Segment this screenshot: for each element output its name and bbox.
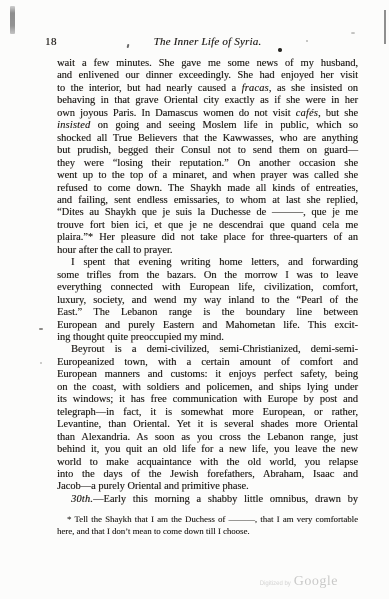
text-line: Jacob—a purely Oriental and primitive ph… <box>57 481 358 493</box>
text-line: went up to the top of a minaret, and whe… <box>57 170 358 182</box>
text-line: Europeanized town, with a certain amount… <box>57 357 358 369</box>
scan-artifact-bar-right <box>384 10 386 44</box>
text-line: plaira.”* Her pleasure did not take plac… <box>57 232 358 244</box>
digitization-watermark: Digitized by Google <box>260 574 338 590</box>
scan-speck <box>39 328 43 330</box>
text-line: some trifles from the bazars. On the mor… <box>57 270 358 282</box>
text-line: East.” The Lebanon range is the boundary… <box>57 307 358 319</box>
page-header: 18 The Inner Life of Syria. <box>57 36 358 50</box>
text-line: on the coast, with soldiers and policeme… <box>57 382 358 394</box>
text-line: 30th.—Early this morning a shabby little… <box>57 494 358 506</box>
scan-artifact-bar-left <box>10 6 15 34</box>
text-line: into the days of the Jewish forefathers,… <box>57 469 358 481</box>
running-title: The Inner Life of Syria. <box>57 36 358 48</box>
text-line: than Alexandria. As soon as you cross th… <box>57 432 358 444</box>
watermark-prefix: Digitized by <box>260 581 291 587</box>
google-logo: Google <box>294 574 338 590</box>
text-line: wait a few minutes. She gave me some new… <box>57 58 358 70</box>
paragraph: 30th.—Early this morning a shabby little… <box>57 494 358 506</box>
text-line: ing thought quite preoccupied my mind. <box>57 332 358 344</box>
paragraph: wait a few minutes. She gave me some new… <box>57 58 358 257</box>
text-line: European and purely Eastern and Mahometa… <box>57 320 358 332</box>
text-line: I spent that evening writing home letter… <box>57 257 358 269</box>
page-number: 18 <box>45 36 57 48</box>
text-line: own joyous Paris. In Damascus women do n… <box>57 108 358 120</box>
scan-speck <box>40 362 42 364</box>
text-line: they were “losing their reputation.” On … <box>57 158 358 170</box>
scan-speck <box>351 32 355 34</box>
text-line: and enlivened our dinner exceedingly. Sh… <box>57 70 358 82</box>
book-page-scan: 18 The Inner Life of Syria. wait a few m… <box>0 0 389 599</box>
paragraph: Beyrout is a demi-civilized, semi-Christ… <box>57 344 358 493</box>
text-line: its windows; it has free communication w… <box>57 394 358 406</box>
text-line: telegraph—in fact, it is somewhat more E… <box>57 407 358 419</box>
footnote-line: here, and that I don’t mean to come down… <box>57 526 358 538</box>
text-line: shocked all True Believers that the Kaww… <box>57 133 358 145</box>
text-line: insisted on going and seeing Moslem life… <box>57 120 358 132</box>
paragraph: I spent that evening writing home letter… <box>57 257 358 344</box>
text-line: everything connected with European life,… <box>57 282 358 294</box>
text-line: world to make acquaintance with the old … <box>57 457 358 469</box>
text-line: and failing, sent endless emissaries, to… <box>57 195 358 207</box>
text-line: trouve fort bien ici, et que je ne desce… <box>57 220 358 232</box>
footnote-line: * Tell the Shaykh that I am the Duchess … <box>57 514 358 526</box>
text-line: but prudish, begged their Consul not to … <box>57 145 358 157</box>
body-text: wait a few minutes. She gave me some new… <box>57 58 358 506</box>
footnote: * Tell the Shaykh that I am the Duchess … <box>57 514 358 538</box>
text-line: behind it, you quit an old life for a ne… <box>57 444 358 456</box>
text-line: “Dites au Shaykh que je suis la Duchesse… <box>57 207 358 219</box>
text-line: refused to come down. The Shaykh made al… <box>57 183 358 195</box>
text-line: European manners and customs: it enjoys … <box>57 369 358 381</box>
text-line: Beyrout is a demi-civilized, semi-Christ… <box>57 344 358 356</box>
text-line: behaving in that grave Oriental city exa… <box>57 95 358 107</box>
text-line: hour after the call to prayer. <box>57 245 358 257</box>
text-line: to the interior, but had nearly caused a… <box>57 83 358 95</box>
text-line: luxury, society, and wend my way inland … <box>57 295 358 307</box>
text-line: Levantine, than Oriental. Yet it is seve… <box>57 419 358 431</box>
